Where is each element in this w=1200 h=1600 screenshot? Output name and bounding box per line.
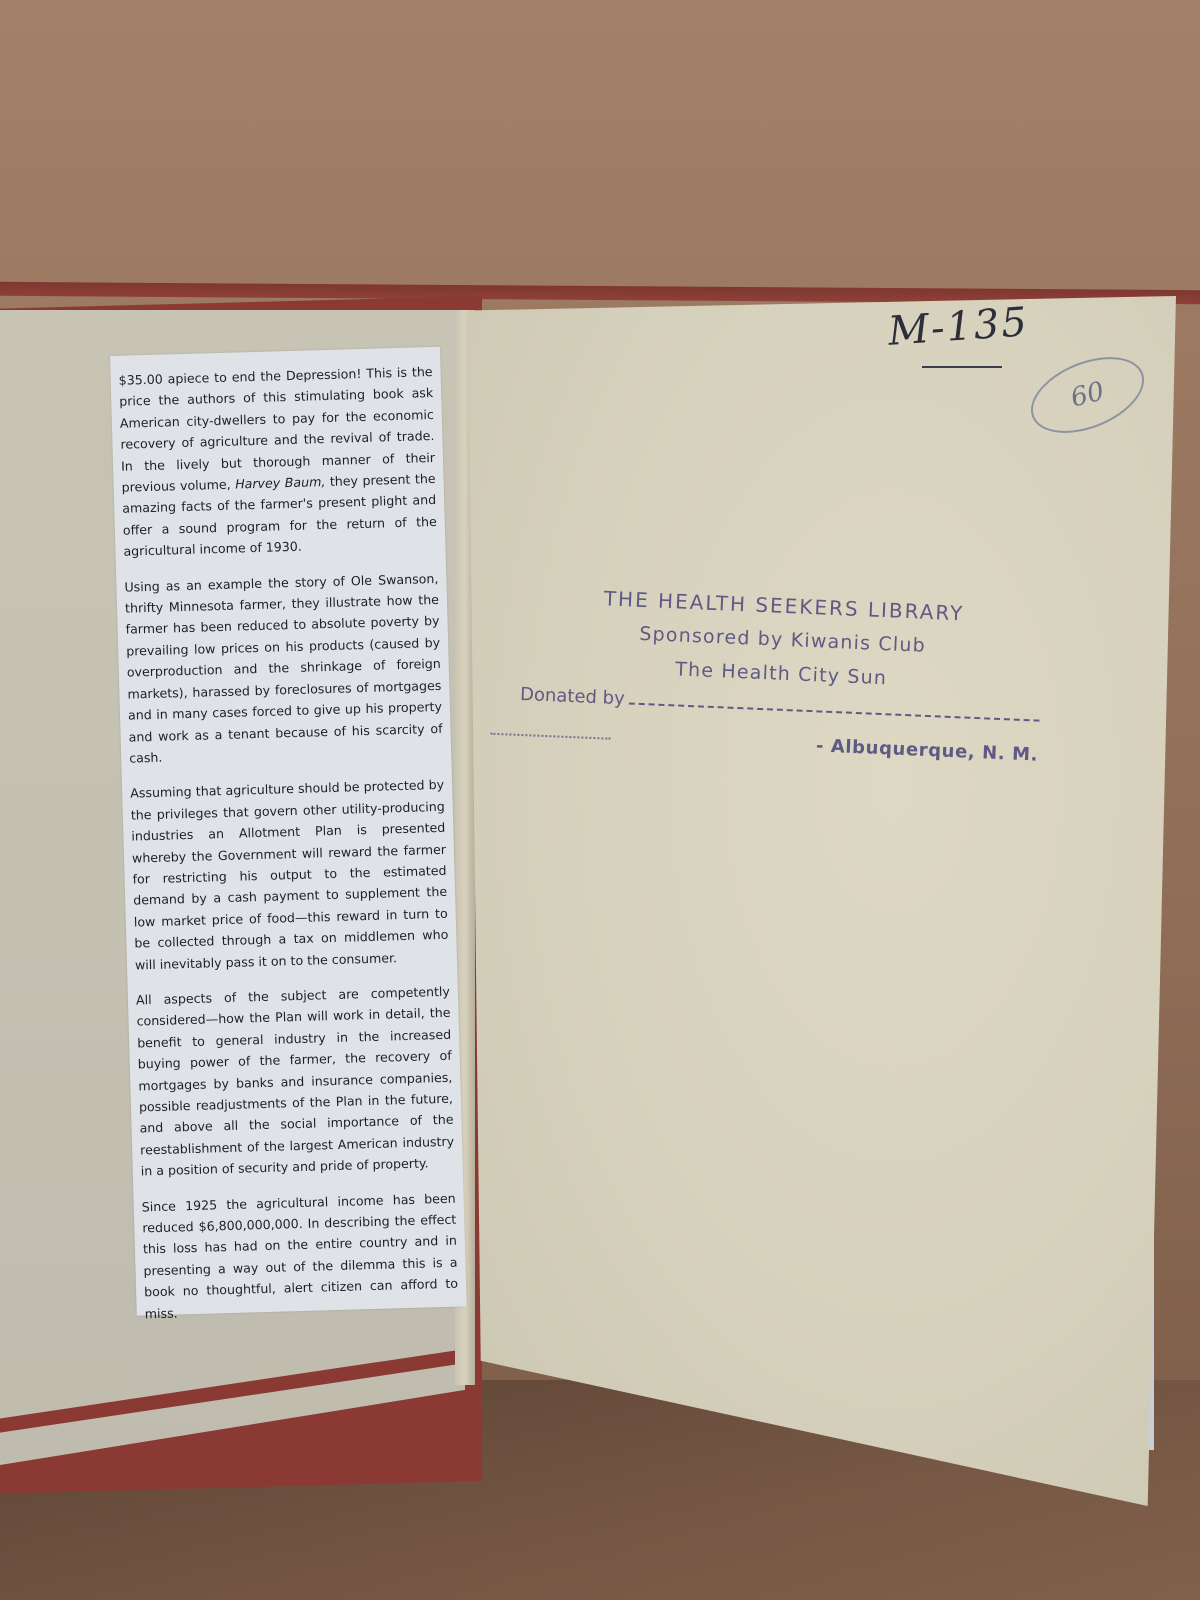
stamp-donated-label: Donated by (520, 684, 625, 709)
clipping-paragraph-5: Since 1925 the agricultural income has b… (141, 1187, 458, 1324)
flyleaf-page (468, 296, 1176, 1506)
book-title-italic: Harvey Baum, (235, 474, 326, 492)
clipping-paragraph-2: Using as an example the story of Ole Swa… (124, 568, 443, 769)
jacket-flap-clipping: $35.00 apiece to end the Depression! Thi… (110, 347, 467, 1316)
clipping-paragraph-4: All aspects of the subject are competent… (136, 981, 455, 1182)
call-number-underline (922, 366, 1002, 368)
price-pencil-mark: 60 (1068, 376, 1107, 413)
library-stamp: THE HEALTH SEEKERS LIBRARY Sponsored by … (518, 578, 1044, 766)
clipping-paragraph-3: Assuming that agriculture should be prot… (130, 774, 449, 975)
call-number-pencil: M-135 (887, 299, 1031, 355)
clipping-paragraph-1: $35.00 apiece to end the Depression! Thi… (118, 361, 437, 562)
